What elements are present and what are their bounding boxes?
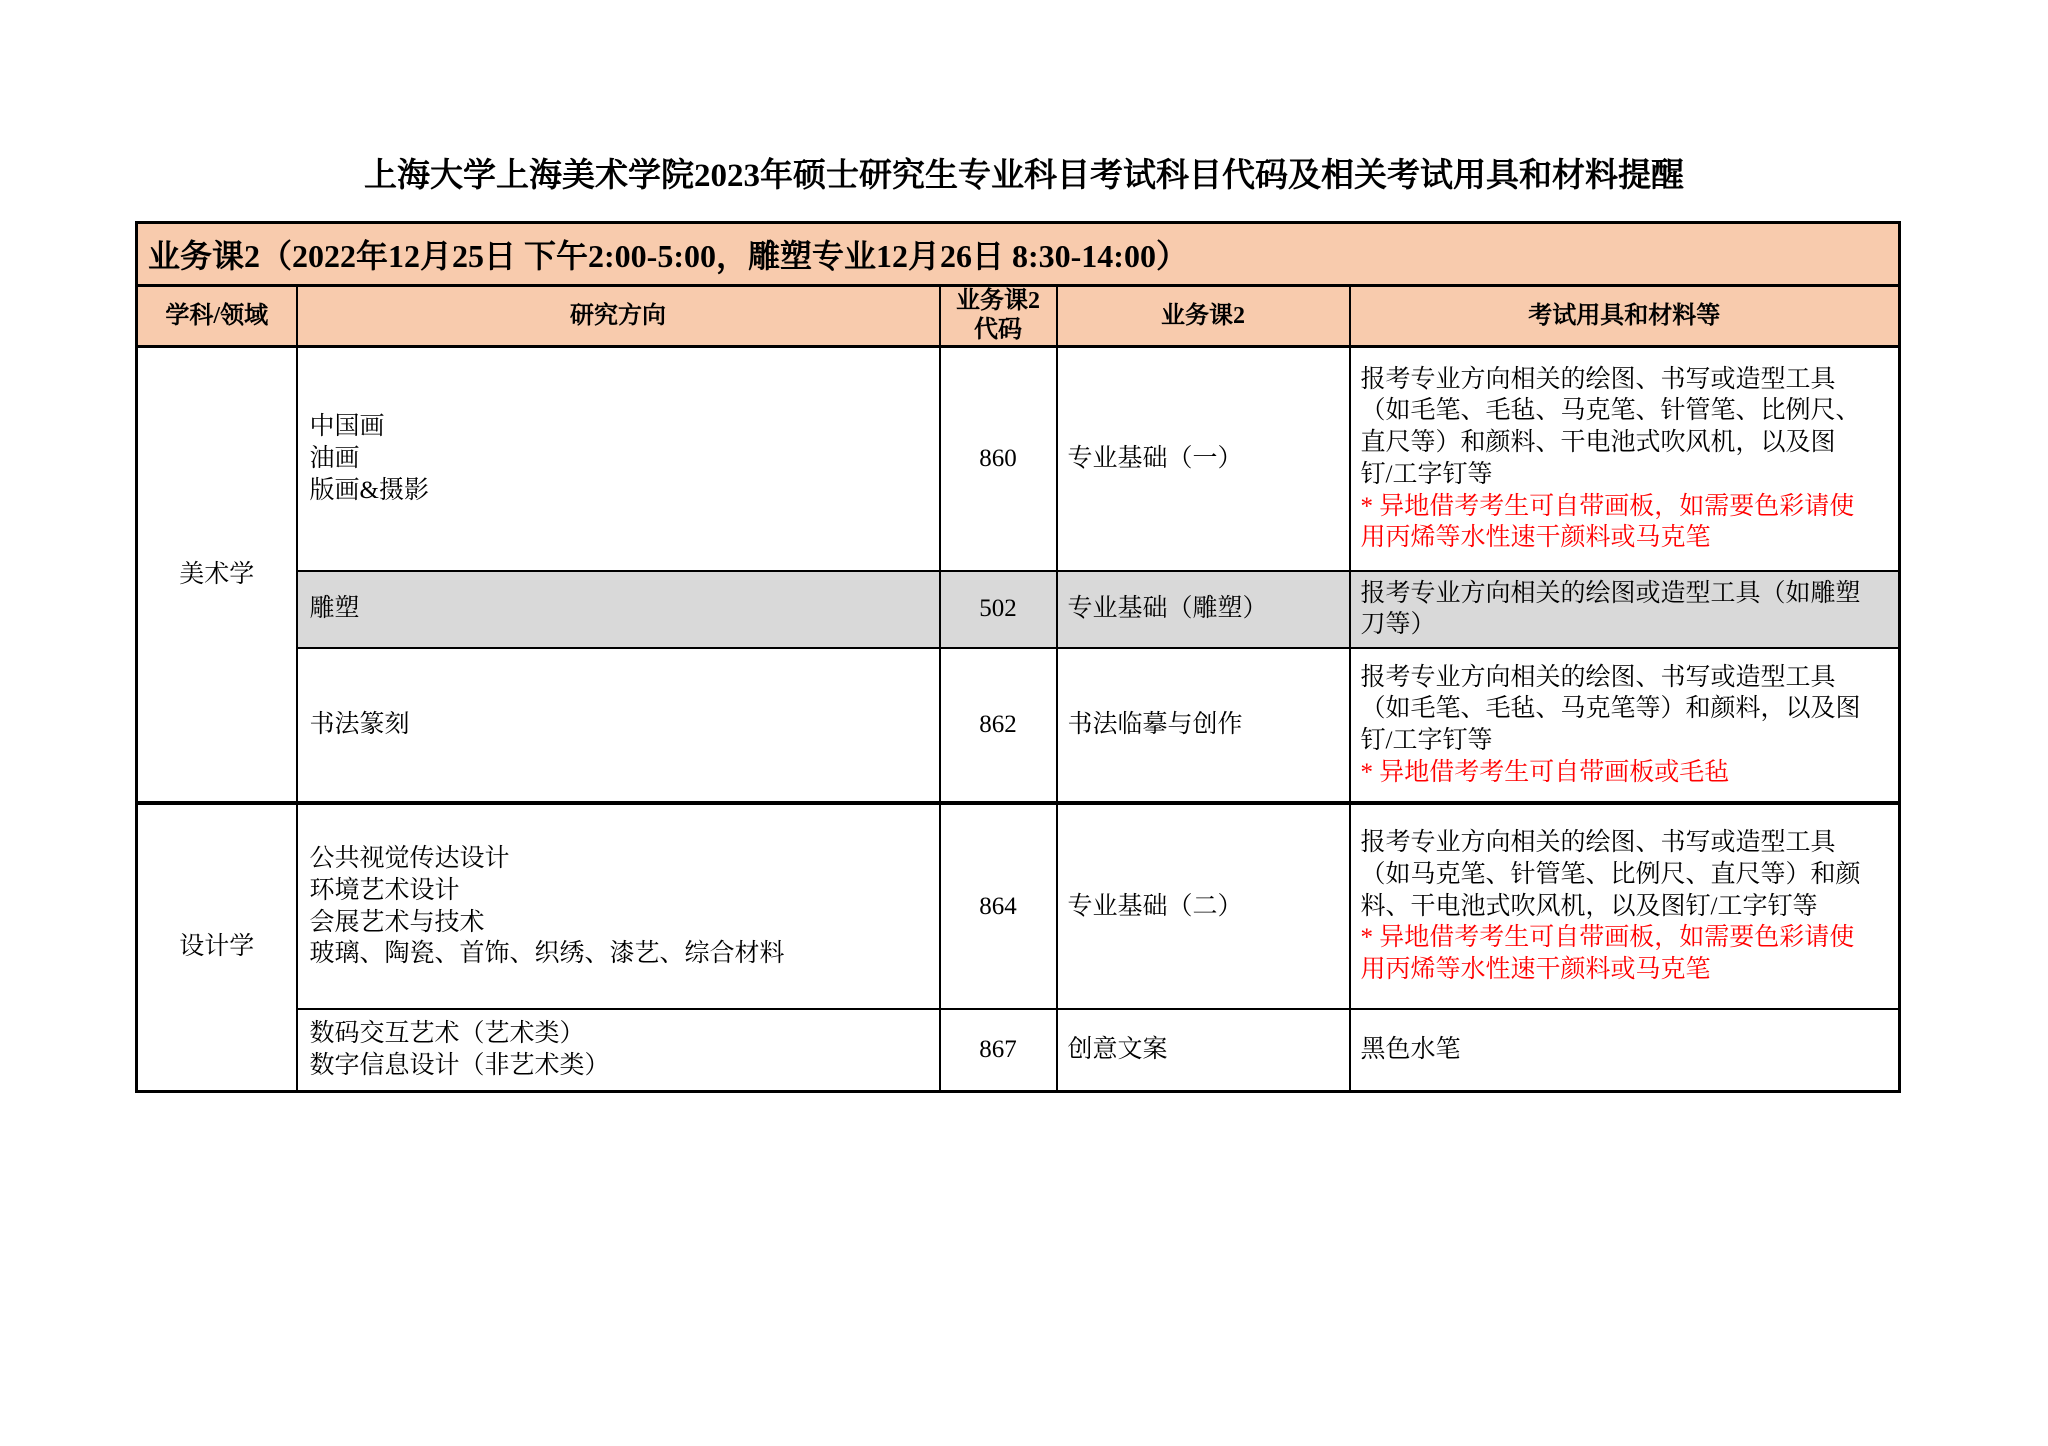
- direction-line: 中国画: [310, 411, 931, 443]
- course-cell: 创意文案: [1057, 1009, 1350, 1091]
- direction-line: 数字信息设计（非艺术类）: [310, 1050, 931, 1082]
- course-cell: 专业基础（一）: [1057, 347, 1350, 571]
- banner-text: 业务课2（2022年12月25日 下午2:00-5:00，雕塑专业12月26日 …: [137, 223, 1900, 286]
- direction-line: 环境艺术设计: [310, 875, 931, 907]
- table-row: 书法篆刻862书法临摹与创作报考专业方向相关的绘图、书写或造型工具（如毛笔、毛毡…: [137, 648, 1900, 803]
- table-row: 美术学中国画油画版画&摄影860专业基础（一）报考专业方向相关的绘图、书写或造型…: [137, 347, 1900, 571]
- banner-row: 业务课2（2022年12月25日 下午2:00-5:00，雕塑专业12月26日 …: [137, 223, 1900, 286]
- direction-line: 玻璃、陶瓷、首饰、织绣、漆艺、综合材料: [310, 938, 931, 970]
- direction-line: 公共视觉传达设计: [310, 843, 931, 875]
- directions-cell: 数码交互艺术（艺术类）数字信息设计（非艺术类）: [297, 1009, 940, 1091]
- table-row: 数码交互艺术（艺术类）数字信息设计（非艺术类）867创意文案黑色水笔: [137, 1009, 1900, 1091]
- directions-cell: 公共视觉传达设计环境艺术设计会展艺术与技术玻璃、陶瓷、首饰、织绣、漆艺、综合材料: [297, 803, 940, 1009]
- direction-line: 会展艺术与技术: [310, 907, 931, 939]
- tools-text: 黑色水笔: [1361, 1036, 1461, 1063]
- course-cell: 专业基础（雕塑）: [1057, 571, 1350, 649]
- table-body: 美术学中国画油画版画&摄影860专业基础（一）报考专业方向相关的绘图、书写或造型…: [137, 347, 1900, 1092]
- tools-cell: 报考专业方向相关的绘图、书写或造型工具（如毛笔、毛毡、马克笔等）和颜料，以及图钉…: [1350, 648, 1900, 803]
- directions-cell: 书法篆刻: [297, 648, 940, 803]
- course-cell: 书法临摹与创作: [1057, 648, 1350, 803]
- tools-text: 报考专业方向相关的绘图、书写或造型工具（如马克笔、针管笔、比例尺、直尺等）和颜料…: [1361, 829, 1861, 920]
- tools-cell: 报考专业方向相关的绘图、书写或造型工具（如马克笔、针管笔、比例尺、直尺等）和颜料…: [1350, 803, 1900, 1009]
- column-header-course: 业务课2: [1057, 286, 1350, 347]
- code-cell: 862: [940, 648, 1057, 803]
- directions-cell: 中国画油画版画&摄影: [297, 347, 940, 571]
- direction-line: 书法篆刻: [310, 709, 931, 741]
- directions-cell: 雕塑: [297, 571, 940, 649]
- table-row: 设计学公共视觉传达设计环境艺术设计会展艺术与技术玻璃、陶瓷、首饰、织绣、漆艺、综…: [137, 803, 1900, 1009]
- code-cell: 860: [940, 347, 1057, 571]
- page-title: 上海大学上海美术学院2023年硕士研究生专业科目考试科目代码及相关考试用具和材料…: [0, 0, 2048, 193]
- direction-line: 数码交互艺术（艺术类）: [310, 1018, 931, 1050]
- course-cell: 专业基础（二）: [1057, 803, 1350, 1009]
- tools-text: 报考专业方向相关的绘图或造型工具（如雕塑刀等）: [1361, 580, 1861, 639]
- tools-cell: 黑色水笔: [1350, 1009, 1900, 1091]
- column-header-tools: 考试用具和材料等: [1350, 286, 1900, 347]
- remote-exam-note: * 异地借考考生可自带画板或毛毡: [1361, 757, 1863, 789]
- discipline-cell: 设计学: [137, 803, 297, 1091]
- code-cell: 864: [940, 803, 1057, 1009]
- direction-line: 油画: [310, 443, 931, 475]
- direction-line: 版画&摄影: [310, 475, 931, 507]
- remote-exam-note: * 异地借考考生可自带画板，如需要色彩请使用丙烯等水性速干颜料或马克笔: [1361, 922, 1863, 986]
- code-cell: 867: [940, 1009, 1057, 1091]
- tools-cell: 报考专业方向相关的绘图或造型工具（如雕塑刀等）: [1350, 571, 1900, 649]
- remote-exam-note: * 异地借考考生可自带画板，如需要色彩请使用丙烯等水性速干颜料或马克笔: [1361, 491, 1863, 555]
- column-header-row: 学科/领域 研究方向 业务课2代码 业务课2 考试用具和材料等: [137, 286, 1900, 347]
- direction-line: 雕塑: [310, 593, 931, 625]
- table-row: 雕塑502专业基础（雕塑）报考专业方向相关的绘图或造型工具（如雕塑刀等）: [137, 571, 1900, 649]
- code-cell: 502: [940, 571, 1057, 649]
- tools-text: 报考专业方向相关的绘图、书写或造型工具（如毛笔、毛毡、马克笔、针管笔、比例尺、直…: [1361, 366, 1861, 488]
- column-header-direction: 研究方向: [297, 286, 940, 347]
- discipline-cell: 美术学: [137, 347, 297, 804]
- tools-cell: 报考专业方向相关的绘图、书写或造型工具（如毛笔、毛毡、马克笔、针管笔、比例尺、直…: [1350, 347, 1900, 571]
- exam-schedule-table: 业务课2（2022年12月25日 下午2:00-5:00，雕塑专业12月26日 …: [135, 221, 1901, 1093]
- column-header-code: 业务课2代码: [940, 286, 1057, 347]
- column-header-discipline: 学科/领域: [137, 286, 297, 347]
- tools-text: 报考专业方向相关的绘图、书写或造型工具（如毛笔、毛毡、马克笔等）和颜料，以及图钉…: [1361, 664, 1861, 755]
